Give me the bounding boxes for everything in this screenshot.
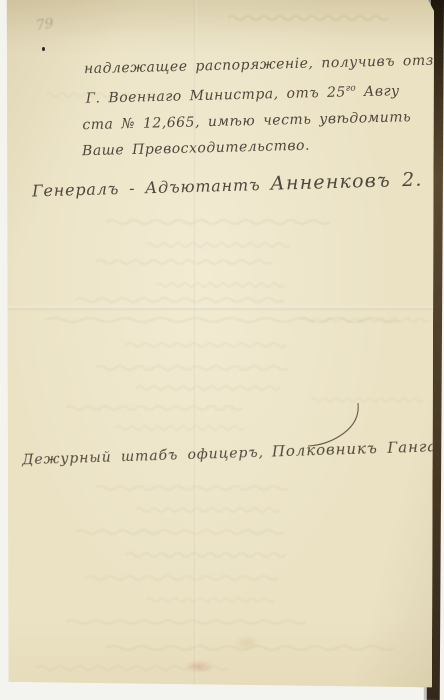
signatory-title: Генералъ - Адъютантъ <box>32 175 261 200</box>
ink-speck <box>42 47 45 51</box>
signatory-name: Анненковъ 2. <box>270 169 423 195</box>
line2-text-cont: Авгу <box>356 83 400 100</box>
red-stain <box>184 660 214 673</box>
ordinal-superscript: го <box>346 84 356 94</box>
body-paragraph: надлежащее распоряженіе, получивъ отзывъ… <box>84 48 427 164</box>
line2-text: Г. Военнаго Министра, отъ 25 <box>86 84 346 106</box>
horizontal-fold-crease <box>6 306 434 310</box>
secondary-signature-line: Дежурный штабъ офицеръ,Полковникъ Гангар… <box>22 436 444 469</box>
primary-signature-line: Генералъ - АдъютантъАнненковъ 2. <box>32 169 423 202</box>
yellow-stain <box>234 636 260 650</box>
pencil-folio-number: 79 <box>35 16 55 35</box>
scan-background: 79 надлежащее распоряженіе, получивъ отз… <box>0 0 444 700</box>
duty-officer-title: Дежурный штабъ офицеръ, <box>22 445 264 469</box>
manuscript-page: 79 надлежащее распоряженіе, получивъ отз… <box>6 0 434 688</box>
duty-officer-name: Полковникъ Гангардтъ. <box>272 436 444 461</box>
